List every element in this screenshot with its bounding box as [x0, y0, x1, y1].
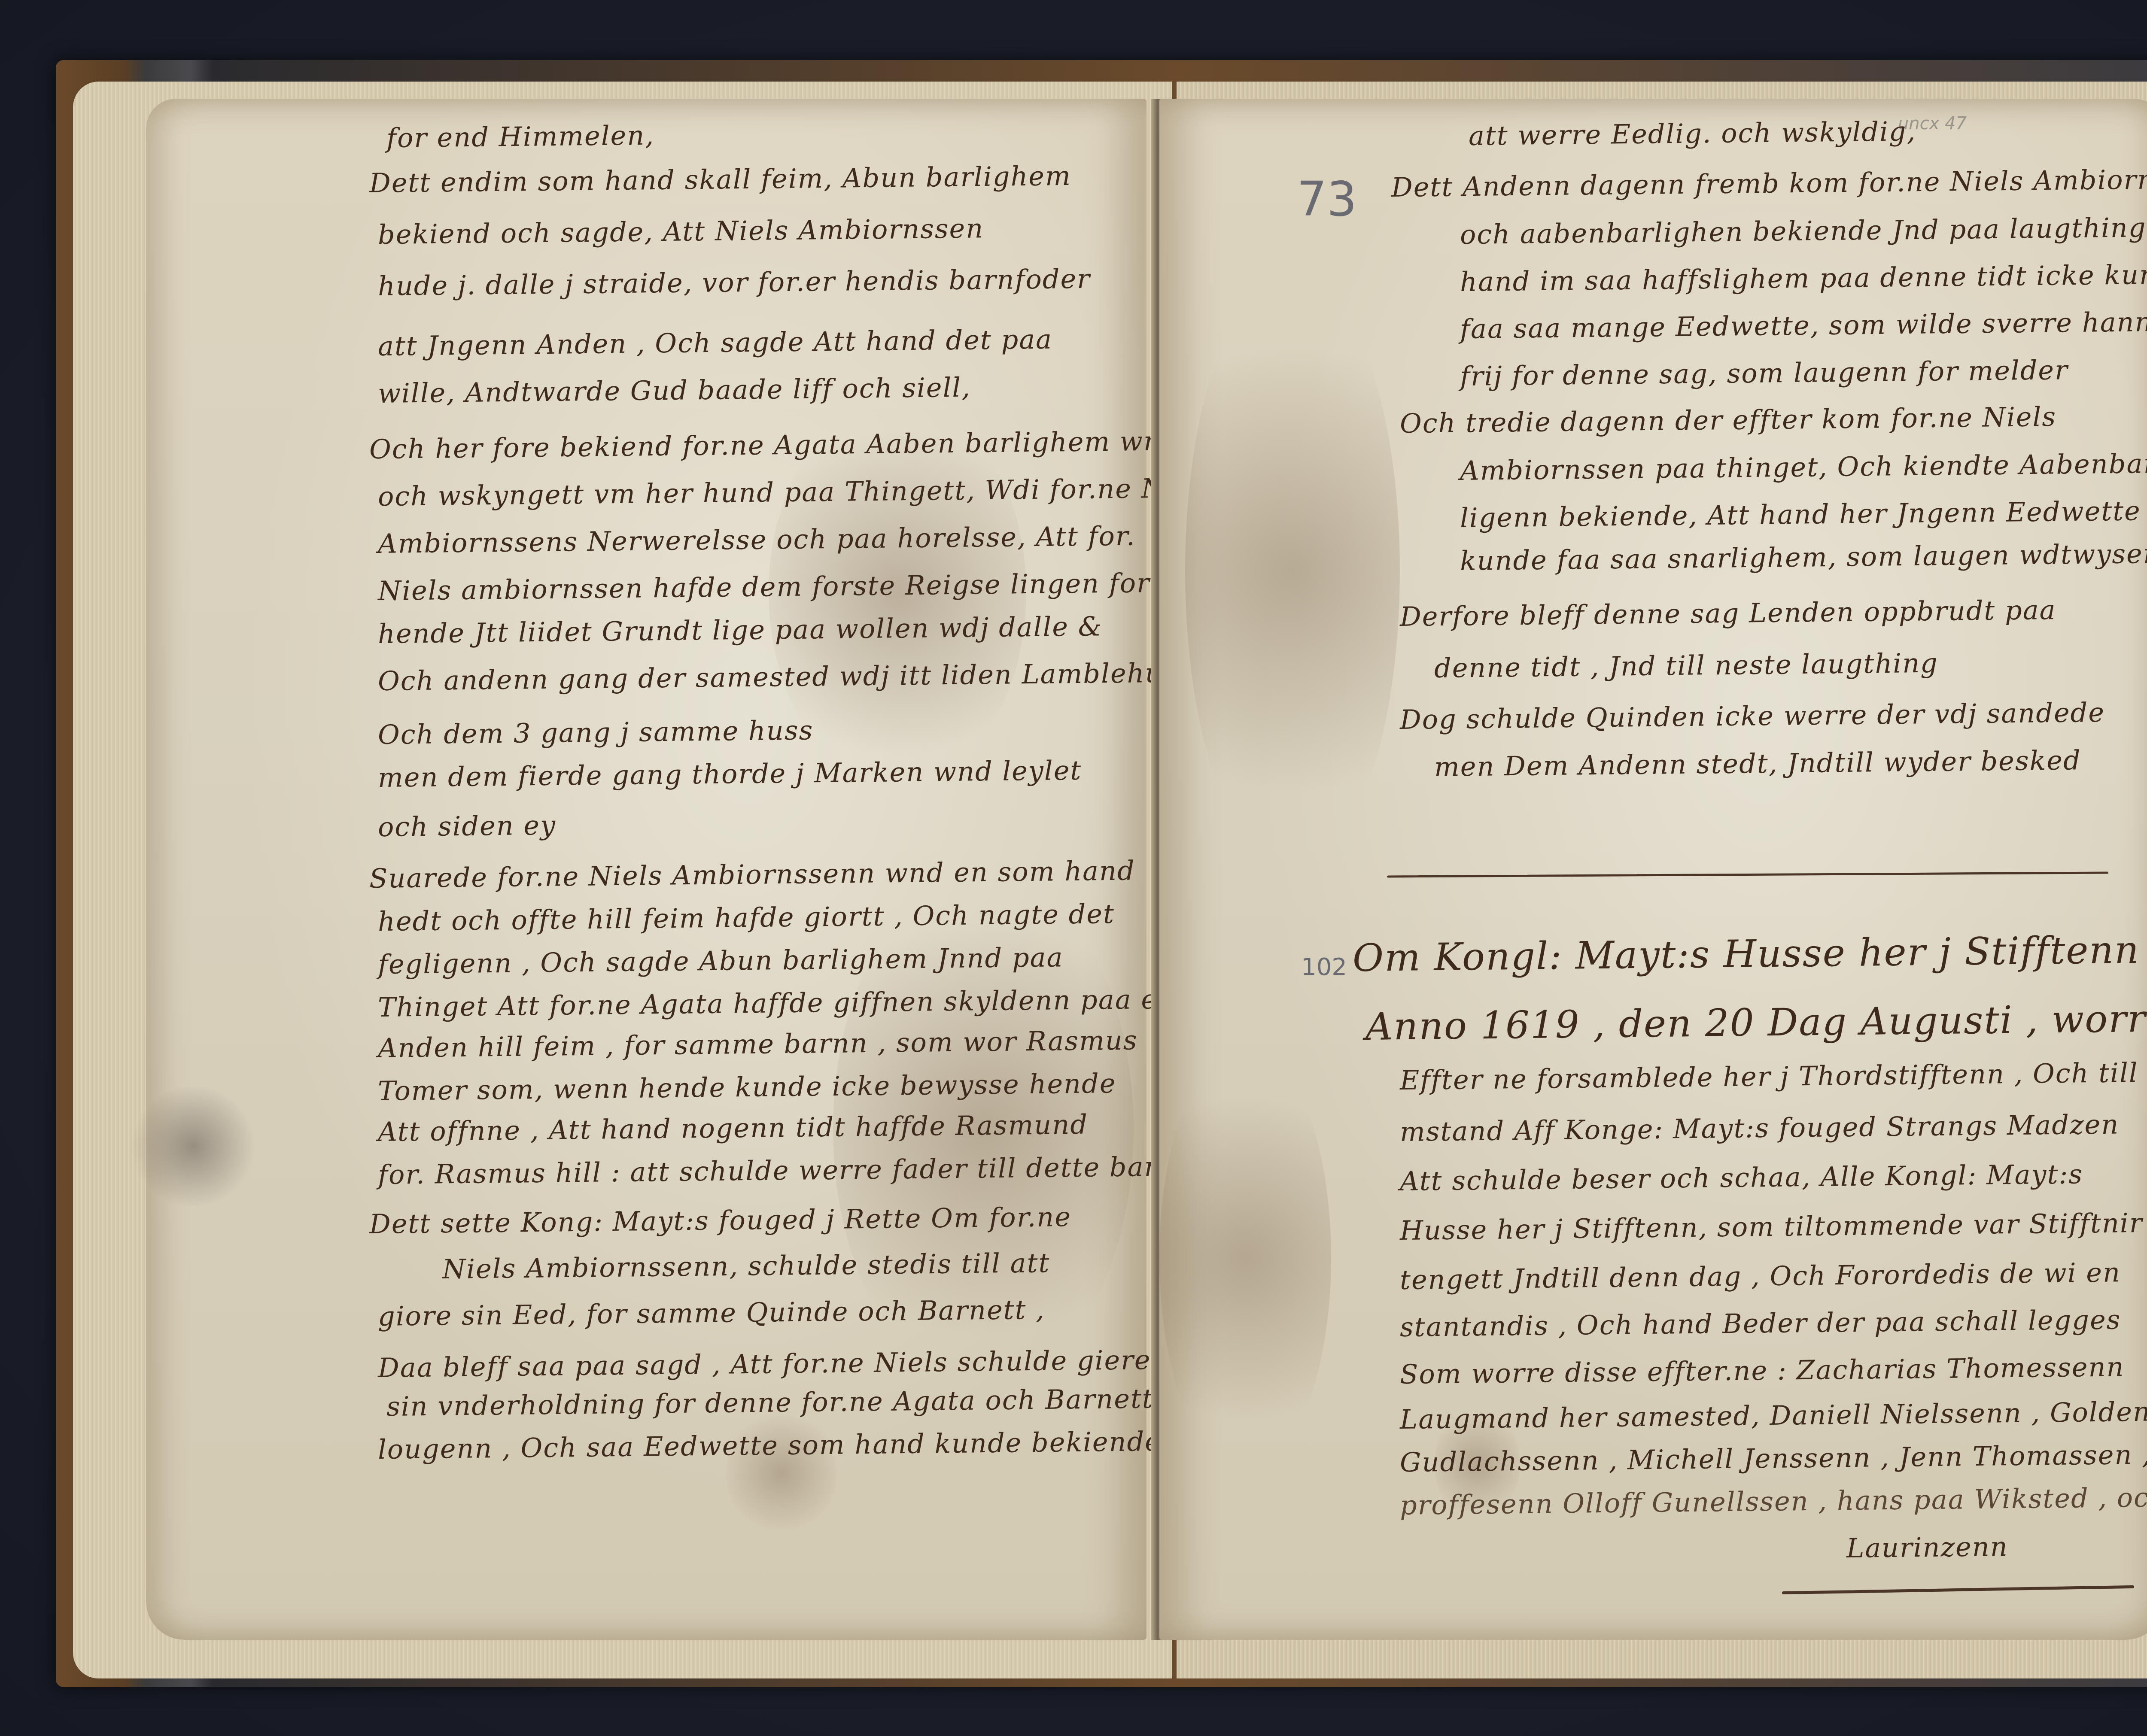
entry-heading: Om Kongl: Mayt:s Husse her j Stifftenn	[1352, 928, 2140, 980]
text-line: mstand Aff Konge: Mayt:s fouged Strangs …	[1400, 1108, 2120, 1147]
text-line: Dett Andenn dagenn fremb kom for.ne Niel…	[1391, 164, 2147, 203]
text-line: faa saa mange Eedwette, som wilde sverre…	[1460, 306, 2147, 345]
text-line: och wskyngett vm her hund paa Thingett, …	[378, 472, 1216, 512]
text-line: Effter ne forsamblede her j Thordstiffte…	[1400, 1057, 2138, 1096]
text-line: Daa bleff saa paa sagd , Att for.ne Niel…	[378, 1344, 1151, 1384]
signature-name: Laurinzenn	[1846, 1531, 2008, 1564]
text-line: men Dem Andenn stedt, Jndtill wyder besk…	[1434, 744, 2081, 783]
text-line: for end Himmelen,	[386, 119, 655, 154]
text-line: hand im saa haffslighem paa denne tidt i…	[1460, 258, 2147, 297]
text-line: frij for denne sag, som laugenn for meld…	[1460, 354, 2068, 392]
entry-date-line: Anno 1619 , den 20 Dag Augusti , worre w…	[1365, 995, 2147, 1049]
text-line: bekiend och sagde, Att Niels Ambiornssen	[378, 212, 984, 250]
text-line: wille, Andtwarde Gud baade liff och siel…	[378, 372, 971, 409]
text-line: Och her fore bekiend for.ne Agata Aaben …	[369, 425, 1180, 465]
text-line: hude j. dalle j straide, vor for.er hend…	[378, 263, 1091, 302]
ink-smudge	[129, 1086, 258, 1206]
water-stain	[726, 1408, 837, 1537]
text-line: men dem fierde gang thorde j Marken wnd …	[378, 755, 1082, 793]
text-line: sin vnderholdning for denne for.ne Agata…	[386, 1382, 1262, 1422]
margin-folio-number: 73	[1297, 172, 1357, 227]
text-line: stantandis , Och hand Beder der paa scha…	[1400, 1304, 2121, 1343]
text-line: Och dem 3 gang j samme huss	[378, 714, 814, 750]
left-page: for end Himmelen, Dett endim som hand sk…	[146, 99, 1146, 1640]
signature-underline	[1782, 1585, 2134, 1594]
text-line: Ambiornssen paa thinget, Och kiendte Aab…	[1460, 448, 2147, 486]
text-line: denne tidt , Jnd till neste laugthing	[1434, 647, 1939, 684]
text-line: Laugmand her samested, Daniell Nielssenn…	[1400, 1396, 2147, 1435]
text-line: Att schulde beser och schaa, Alle Kongl:…	[1400, 1158, 2083, 1197]
text-line: lougenn , Och saa Eedwette som hand kund…	[378, 1426, 1162, 1465]
text-line: kunde faa saa snarlighem, som laugen wdt…	[1460, 538, 2147, 577]
text-line: att Jngenn Anden , Och sagde Att hand de…	[378, 324, 1053, 362]
water-stain	[1159, 1043, 1331, 1472]
text-line: tengett Jndtill denn dag , Och Forordedi…	[1400, 1256, 2121, 1296]
text-line: Dog schulde Quinden icke werre der vdj s…	[1400, 697, 2105, 735]
right-page: uncx 47 73 att werre Eedlig. och wskyldi…	[1159, 99, 2147, 1640]
manuscript-viewer: for end Himmelen, Dett endim som hand sk…	[0, 0, 2147, 1736]
text-line: att werre Eedlig. och wskyldig,	[1469, 115, 1916, 152]
text-line: Niels ambiornssen hafde dem forste Reigs…	[378, 567, 1150, 607]
text-line: och aabenbarlighen bekiende Jnd paa laug…	[1460, 211, 2147, 250]
text-line: Som worre disse effter.ne : Zacharias Th…	[1400, 1351, 2125, 1390]
section-divider-rule	[1387, 872, 2108, 878]
text-line: ligenn bekiende, Att hand her Jngenn Eed…	[1460, 495, 2141, 534]
water-stain	[1185, 270, 1400, 871]
text-line: Husse her j Stifftenn, som tiltommende v…	[1400, 1207, 2143, 1246]
text-line: och siden ey	[378, 810, 557, 843]
text-line: Och andenn gang der samested wdj itt lid…	[378, 657, 1192, 697]
text-line: Och tredie dagenn der effter kom for.ne …	[1400, 401, 2057, 439]
text-line: Dett endim som hand skall feim, Abun bar…	[369, 160, 1072, 199]
text-line: Derfore bleff denne sag Lenden oppbrudt …	[1400, 594, 2056, 632]
text-line: Niels Ambiornssenn, schulde stedis till …	[442, 1247, 1050, 1285]
margin-entry-number: 102	[1301, 953, 1347, 981]
